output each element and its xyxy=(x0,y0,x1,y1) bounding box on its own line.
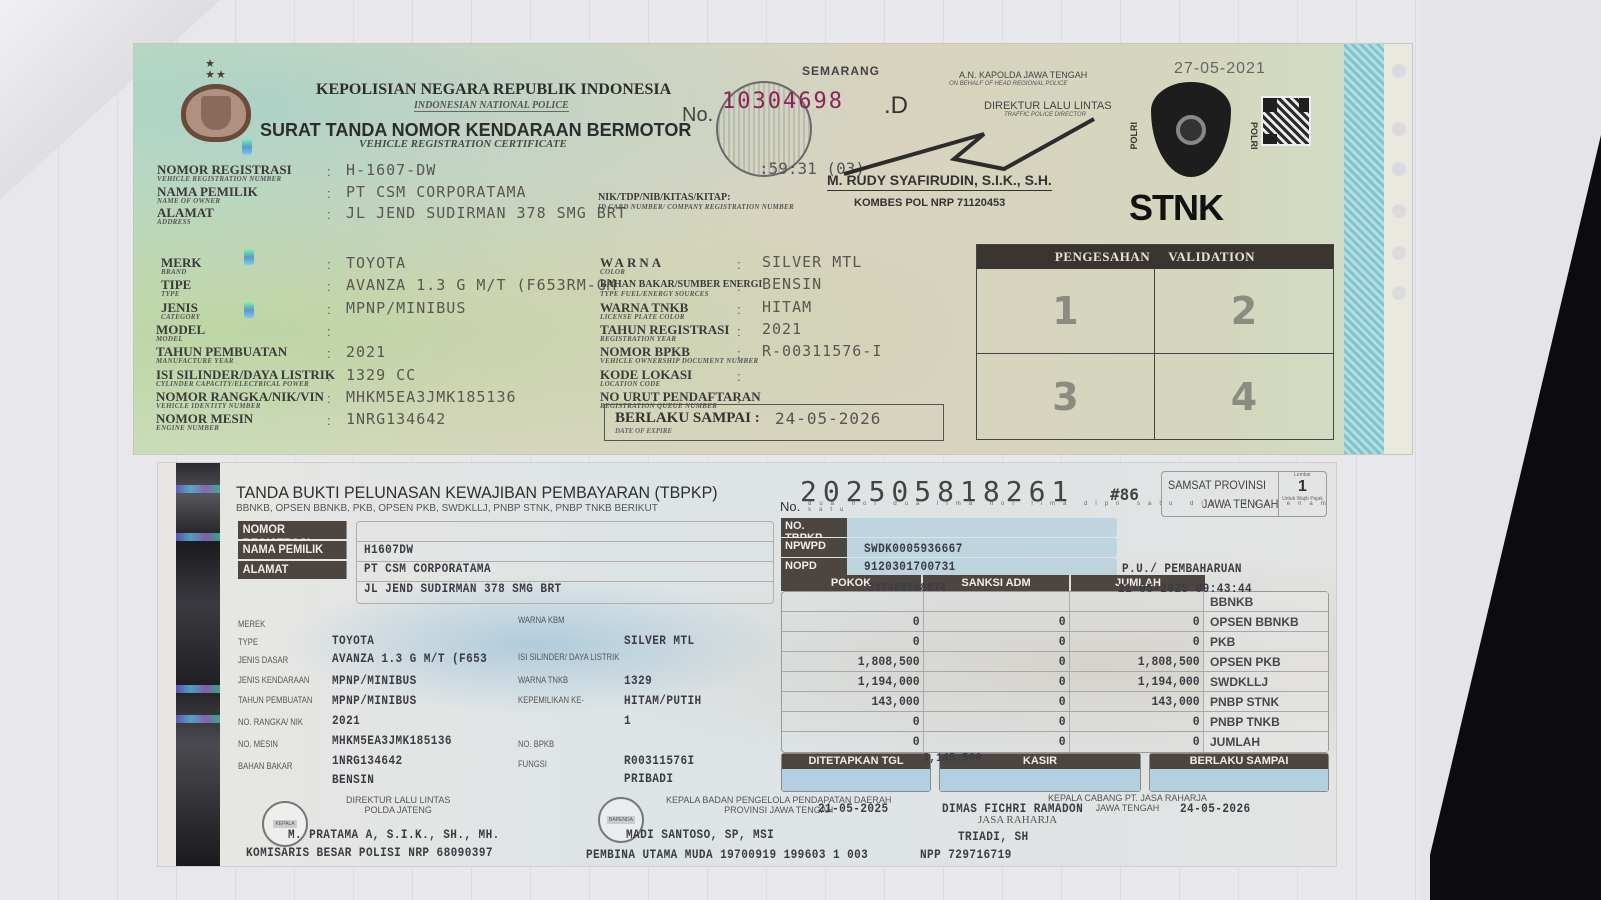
perforation-hole xyxy=(1392,204,1406,218)
field-value: SILVER MTL xyxy=(762,253,862,271)
tax-row: 143,0000143,000PNBP STNK xyxy=(782,692,1328,712)
tax-cell-pokok: 0 xyxy=(799,612,924,631)
vehicle-label: NO. RANGKA/ NIK xyxy=(238,717,303,727)
field-colon: : xyxy=(327,164,331,179)
field-value: 2021 xyxy=(346,343,386,361)
field-label: WARNACOLOR xyxy=(600,257,664,276)
tax-id-row: NO. TBPKP xyxy=(781,518,1117,537)
field-colon: : xyxy=(327,302,331,317)
issue-date: 27-05-2021 xyxy=(1174,60,1266,78)
tax-cell-pokok: 143,000 xyxy=(799,692,924,711)
nopd-value: 9120301700731 xyxy=(864,559,956,574)
field-colon: : xyxy=(737,279,741,294)
tax-row-name: PNBP TNKB xyxy=(1204,712,1328,731)
total-overprint: 3,145,500 xyxy=(923,751,982,765)
signature-title: DIREKTUR LALU LINTASPOLDA JATENG xyxy=(346,795,450,815)
tax-row: 1,808,50001,808,500OPSEN PKB xyxy=(782,652,1328,672)
vehicle-value: 2021 xyxy=(332,713,360,728)
tax-cell-jumlah: 0 xyxy=(1086,732,1204,752)
expiry-box: BERLAKU SAMPAI : DATE OF EXPIRE 24-05-20… xyxy=(604,404,944,441)
field-label: MERKBRAND xyxy=(161,257,201,276)
tax-cell-pokok: 0 xyxy=(799,732,924,752)
polri-text: POLRI xyxy=(1249,122,1259,150)
field-label: TAHUN REGISTRASIREGISTRATION YEAR xyxy=(600,324,729,343)
signature-overprint: TRIADI, SH xyxy=(958,829,1029,844)
receipt-subtitle: BBNKB, OPSEN BBNKB, PKB, OPSEN PKB, SWDK… xyxy=(236,503,658,514)
security-strip xyxy=(1344,44,1384,454)
field-label: ALAMATADDRESS xyxy=(157,207,214,226)
vehicle-label: TYPE xyxy=(238,637,258,647)
stnk-certificate: ★★★ KEPOLISIAN NEGARA REPUBLIK INDONESIA… xyxy=(133,43,1413,455)
field-colon: : xyxy=(737,257,741,272)
hologram-strip xyxy=(176,463,220,866)
field-colon: : xyxy=(327,413,331,428)
agency-title-en: INDONESIAN NATIONAL POLICE xyxy=(414,100,569,112)
bottom-boxes: DITETAPKAN TGL KASIR BERLAKU SAMPAI xyxy=(781,753,1329,792)
tax-row-name: OPSEN BBNKB xyxy=(1204,612,1328,631)
qr-code-icon xyxy=(1261,96,1311,146)
field-value: H-1607-DW xyxy=(346,161,436,179)
field-label: JENISCATEGORY xyxy=(161,302,200,321)
vehicle-value: R00311576I xyxy=(624,753,695,768)
polri-text: POLRI xyxy=(1129,122,1139,150)
field-colon: : xyxy=(327,391,331,406)
field-colon: : xyxy=(737,346,741,361)
tax-row-name: JUMLAH xyxy=(1204,732,1328,752)
perforation-strip xyxy=(1384,44,1412,454)
tax-row: 1,194,00001,194,000SWDKLLJ xyxy=(782,672,1328,692)
overprint-code: 337400598674 xyxy=(868,581,947,595)
field-label: NOMOR BPKBVEHICLE OWNERSHIP DOCUMENT NUM… xyxy=(600,346,758,365)
field-label: MODELMODEL xyxy=(156,324,205,343)
perforation-hole xyxy=(1392,246,1406,260)
field-value: 1329 CC xyxy=(346,366,416,384)
receipt-number-label: No. xyxy=(780,499,800,514)
field-colon: : xyxy=(327,346,331,361)
signer-name: M. RUDY SYAFIRUDIN, S.I.K., S.H. xyxy=(827,172,1052,191)
validation-cell: 1 xyxy=(977,269,1155,354)
kapolda-label-en: ON BEHALF OF HEAD REGIONAL POLICE xyxy=(949,81,1067,88)
expiry-date: 24-05-2026 xyxy=(775,409,881,428)
receipt-number-suffix: #86 xyxy=(1110,485,1139,504)
field-colon: : xyxy=(327,186,331,201)
tax-cell-sanksi xyxy=(942,592,1070,611)
perforation-hole xyxy=(1392,64,1406,78)
vehicle-value: 1329 xyxy=(624,673,652,688)
field-value: PT CSM CORPORATAMA xyxy=(346,183,527,201)
tax-row: 000PNBP TNKB xyxy=(782,712,1328,732)
tax-table: POKOK SANKSI ADM JUMLAH BBNKB000OPSEN BB… xyxy=(781,575,1329,753)
field-colon: : xyxy=(737,324,741,339)
document-title-en: VEHICLE REGISTRATION CERTIFICATE xyxy=(359,138,567,150)
tax-cell-pokok: 0 xyxy=(799,712,924,731)
stnk-logo: POLRI POLRI STNK xyxy=(1129,82,1259,232)
agency-title: KEPOLISIAN NEGARA REPUBLIK INDONESIA xyxy=(316,81,671,99)
vehicle-label: BAHAN BAKAR xyxy=(238,761,292,771)
tax-row: 000OPSEN BBNKB xyxy=(782,612,1328,632)
vehicle-label: JENIS KENDARAAN xyxy=(238,675,309,685)
polri-shield-icon xyxy=(1151,82,1231,177)
field-colon: : xyxy=(327,279,331,294)
field-value: MHKM5EA3JMK185136 xyxy=(346,388,517,406)
owner-value: JL JEND SUDIRMAN 378 SMG BRT xyxy=(364,581,562,596)
tax-cell-sanksi: 0 xyxy=(942,652,1070,671)
tax-cell-pokok: 0 xyxy=(799,632,924,651)
sheet-number: Lembar 1 Untuk Wajib Pajak xyxy=(1278,472,1326,516)
ditetapkan-box: DITETAPKAN TGL xyxy=(781,753,931,792)
vehicle-label: NO. BPKB xyxy=(518,739,554,749)
police-emblem-icon: ★★★ xyxy=(176,59,256,144)
vehicle-label: KEPEMILIKAN KE- xyxy=(518,695,584,705)
vehicle-value: MPNP/MINIBUS xyxy=(332,673,417,688)
stnk-wordmark: STNK xyxy=(1129,187,1223,229)
tax-table-body: BBNKB000OPSEN BBNKB000PKB1,808,50001,808… xyxy=(781,591,1329,753)
vehicle-label: WARNA TNKB xyxy=(518,675,568,685)
tax-row: 000JUMLAH xyxy=(782,732,1328,752)
npwpd-value: SWDK0005936667 xyxy=(864,541,963,556)
signature-date: 21-05-2025 xyxy=(818,801,889,816)
kapolda-label: A.N. KAPOLDA JAWA TENGAH xyxy=(959,70,1087,80)
validation-table: PENGESAHAN VALIDATION 1 2 3 4 xyxy=(976,244,1334,440)
validation-header: PENGESAHAN VALIDATION xyxy=(977,245,1333,269)
signer-rank: KOMBES POL NRP 71120453 xyxy=(854,197,1005,209)
field-label: KODE LOKASILOCATION CODE xyxy=(600,369,692,388)
field-value: R-00311576-I xyxy=(762,342,882,360)
perforation-hole xyxy=(1392,162,1406,176)
perforation-hole xyxy=(1392,286,1406,300)
field-colon: : xyxy=(327,324,331,339)
tax-cell-jumlah: 0 xyxy=(1086,612,1204,631)
field-label: ISI SILINDER/DAYA LISTRIKCYLINDER CAPACI… xyxy=(156,369,335,388)
signature-id: KOMISARIS BESAR POLISI NRP 68090397 xyxy=(246,845,493,860)
hologram-dot-icon xyxy=(244,249,254,265)
validation-cell: 4 xyxy=(1155,354,1333,439)
tax-cell-jumlah: 1,808,500 xyxy=(1086,652,1204,671)
field-value: BENSIN xyxy=(762,275,822,293)
vehicle-value: SILVER MTL xyxy=(624,633,695,648)
signature-id: NPP 729716719 xyxy=(920,847,1012,862)
tax-cell-pokok: 1,194,000 xyxy=(799,672,924,691)
owner-label: NAMA PEMILIK xyxy=(238,541,347,559)
vehicle-label: TAHUN PEMBUATAN xyxy=(238,695,312,705)
doc-number: 10304698 xyxy=(722,89,844,114)
tax-cell-sanksi: 0 xyxy=(942,672,1070,691)
field-label: NOMOR RANGKA/NIK/VINVEHICLE IDENTITY NUM… xyxy=(156,391,324,410)
samsat-line2: JAWA TENGAH xyxy=(1202,497,1278,511)
field-label: NOMOR REGISTRASIVEHICLE REGISTRATION NUM… xyxy=(157,164,292,183)
tax-cell-sanksi: 0 xyxy=(942,612,1070,631)
vehicle-value: MPNP/MINIBUS xyxy=(332,693,417,708)
signature-name: M. PRATAMA A, S.I.K., SH., MH. xyxy=(288,827,500,842)
field-label: TIPETYPE xyxy=(161,279,191,298)
field-value: 1NRG134642 xyxy=(346,410,446,428)
issue-city: SEMARANG xyxy=(802,64,880,78)
field-value: AVANZA 1.3 G M/T (F653RM-GM xyxy=(346,276,617,294)
field-colon: : xyxy=(737,369,741,384)
owner-label: ALAMAT xyxy=(238,561,347,579)
jasa-raharja-logo: JASA RAHARJA xyxy=(978,815,1057,825)
doc-number-label: No. xyxy=(682,104,713,127)
field-colon: : xyxy=(327,207,331,222)
field-label: WARNA TNKBLICENSE PLATE COLOR xyxy=(600,302,688,321)
pu-label: P.U./ PEMBAHARUAN xyxy=(1122,561,1242,576)
field-label: TAHUN PEMBUATANMANUFACTURE YEAR xyxy=(156,346,287,365)
vehicle-value: PRIBADI xyxy=(624,771,673,786)
perforation-hole xyxy=(1392,122,1406,136)
vehicle-label: WARNA KBM xyxy=(518,615,564,625)
receipt-title: TANDA BUKTI PELUNASAN KEWAJIBAN PEMBAYAR… xyxy=(236,483,718,503)
field-value: HITAM xyxy=(762,298,812,316)
tax-row: 000PKB xyxy=(782,632,1328,652)
tax-cell-jumlah: 0 xyxy=(1086,712,1204,731)
tax-row-name: PNBP STNK xyxy=(1204,692,1328,711)
field-colon: : xyxy=(327,257,331,272)
tax-cell-sanksi: 0 xyxy=(942,712,1070,731)
vehicle-label: MEREK xyxy=(238,619,265,629)
tbpkp-receipt: TANDA BUKTI PELUNASAN KEWAJIBAN PEMBAYAR… xyxy=(157,462,1337,867)
tax-cell-jumlah: 143,000 xyxy=(1086,692,1204,711)
vehicle-value: HITAM/PUTIH xyxy=(624,693,702,708)
vehicle-label: ISI SILINDER/ DAYA LISTRIK xyxy=(518,652,619,662)
field-value: MPNP/MINIBUS xyxy=(346,299,466,317)
vehicle-value: AVANZA 1.3 G M/T (F653 xyxy=(332,651,487,666)
tax-cell-sanksi: 0 xyxy=(942,692,1070,711)
vehicle-label: FUNGSI xyxy=(518,759,547,769)
owner-label: NOMOR REGISTRASI xyxy=(238,521,347,539)
vehicle-value: 1 xyxy=(624,713,631,728)
validation-cell: 2 xyxy=(1155,269,1333,354)
owner-labels: NOMOR REGISTRASI NAMA PEMILIK ALAMAT xyxy=(238,521,356,581)
tax-row-name: PKB xyxy=(1204,632,1328,651)
tax-cell-pokok: 1,808,500 xyxy=(799,652,924,671)
tax-cell-jumlah: 0 xyxy=(1086,632,1204,651)
berlaku-box: BERLAKU SAMPAI xyxy=(1149,753,1329,792)
owner-value: H1607DW xyxy=(364,542,413,557)
field-label: NOMOR MESINENGINE NUMBER xyxy=(156,413,253,432)
pu-datetime: 21-05-2025 09:43:44 xyxy=(1118,581,1252,596)
field-value: TOYOTA xyxy=(346,254,406,272)
tax-cell-sanksi: 0 xyxy=(942,632,1070,651)
vehicle-label: NO. MESIN xyxy=(238,739,278,749)
tax-row-name: SWDKLLJ xyxy=(1204,672,1328,691)
validation-cell: 3 xyxy=(977,354,1155,439)
tax-cell-sanksi: 0 xyxy=(942,732,1070,752)
vehicle-value: 1NRG134642 xyxy=(332,753,403,768)
signature-date: 24-05-2026 xyxy=(1180,801,1251,816)
hologram-dot-icon xyxy=(244,302,254,318)
signature-id: PEMBINA UTAMA MUDA 19700919 199603 1 003 xyxy=(586,847,868,862)
vehicle-value: BENSIN xyxy=(332,772,374,787)
field-colon: : xyxy=(327,369,331,384)
expiry-label: BERLAKU SAMPAI : DATE OF EXPIRE xyxy=(615,410,760,435)
hologram-dot-icon xyxy=(242,139,252,155)
vehicle-label: JENIS DASAR xyxy=(238,655,288,665)
owner-value: PT CSM CORPORATAMA xyxy=(364,561,491,576)
samsat-line1: SAMSAT PROVINSI xyxy=(1168,478,1266,492)
tax-cell-jumlah: 1,194,000 xyxy=(1086,672,1204,691)
tax-row-name: OPSEN PKB xyxy=(1204,652,1328,671)
vehicle-value: MHKM5EA3JMK185136 xyxy=(332,733,452,748)
field-value: 2021 xyxy=(762,320,802,338)
director-label: DIREKTUR LALU LINTAS xyxy=(984,100,1112,112)
field-value: JL JEND SUDIRMAN 378 SMG BRT xyxy=(346,204,627,222)
id-number-label: NIK/TDP/NIB/KITAS/KITAP: ID CARD NUMBER/… xyxy=(598,192,794,211)
field-colon: : xyxy=(737,302,741,317)
field-label: NAMA PEMILIKNAME OF OWNER xyxy=(157,186,258,205)
signature-name: MADI SANTOSO, SP, MSI xyxy=(626,827,774,842)
vehicle-value: TOYOTA xyxy=(332,633,374,648)
samsat-box: SAMSAT PROVINSI JAWA TENGAH Lembar 1 Unt… xyxy=(1161,471,1327,517)
